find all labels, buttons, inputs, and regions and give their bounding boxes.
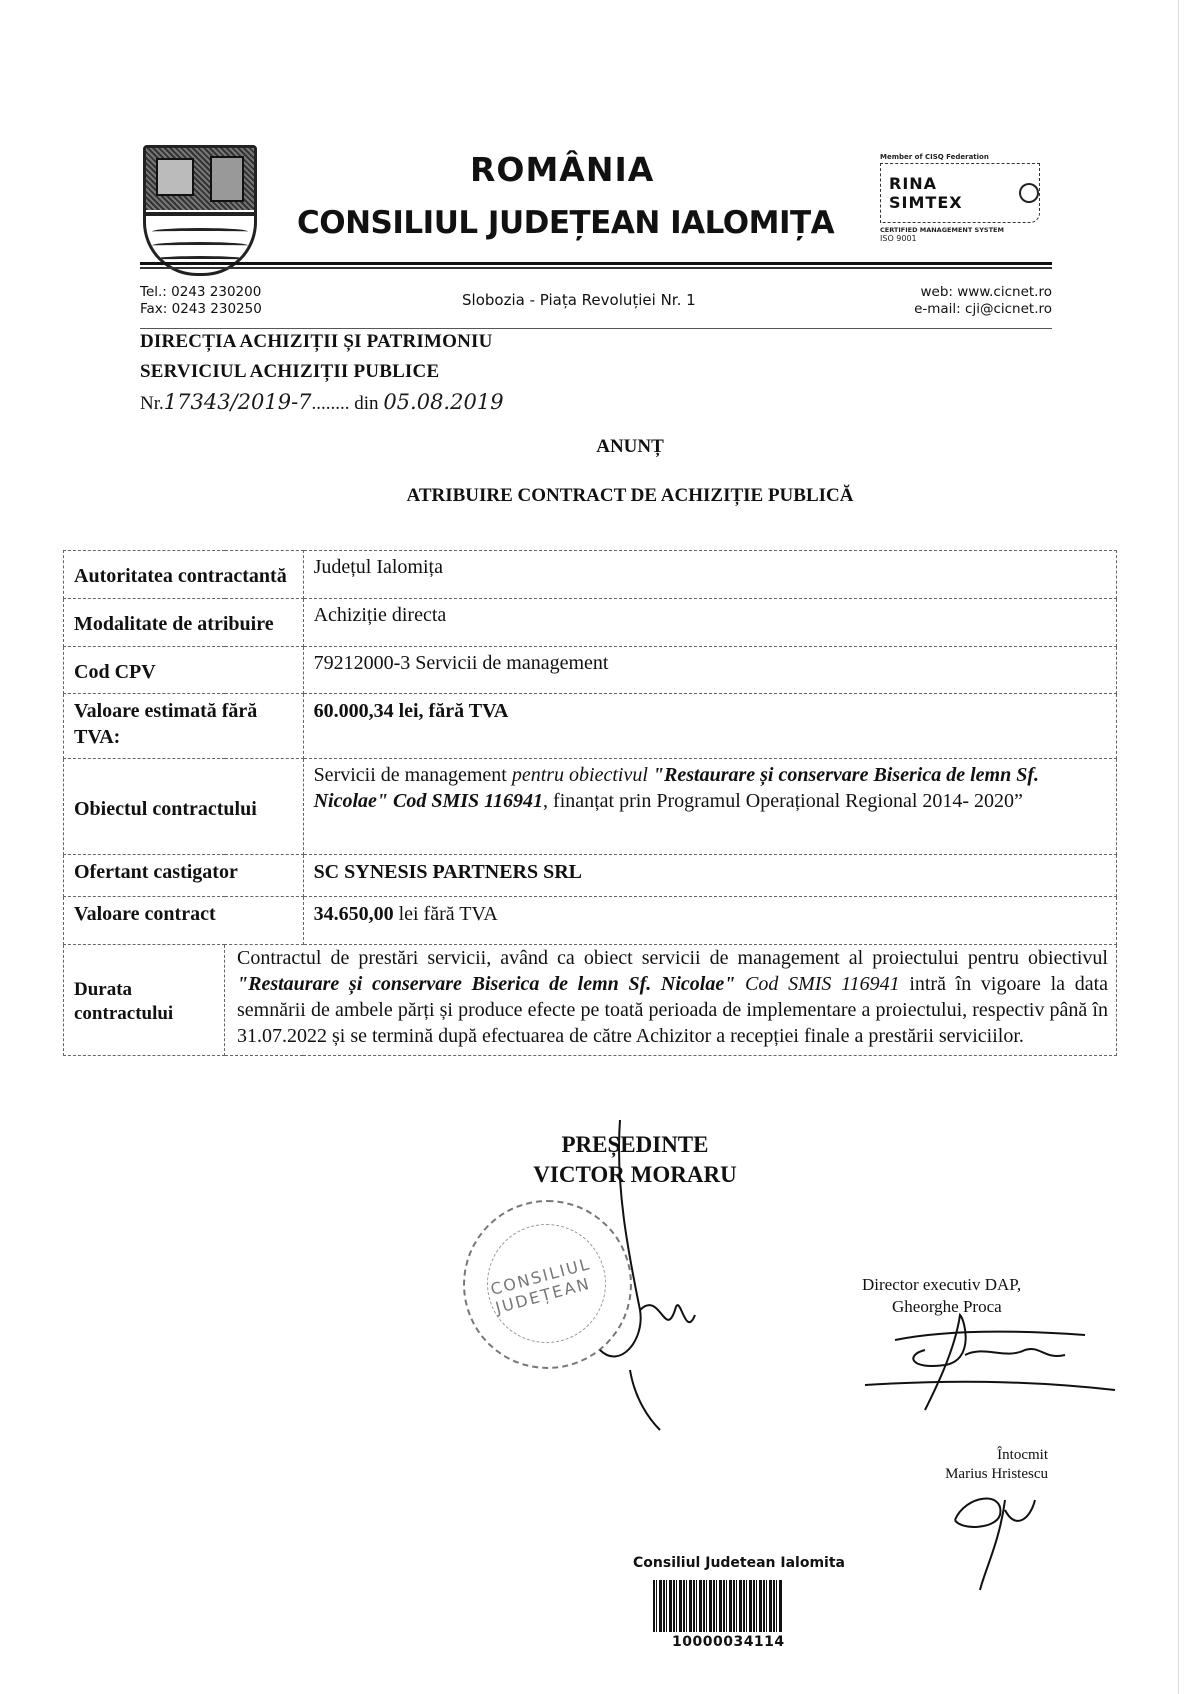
contract-value-amount: 34.650,00 <box>314 903 394 925</box>
certification-standard: ISO 9001 <box>880 234 1045 243</box>
registration-dots: ........ <box>312 393 350 414</box>
contact-email: e-mail: cji@cicnet.ro <box>880 301 1052 318</box>
table-row: Cod CPV 79212000-3 Servicii de managemen… <box>64 647 1117 694</box>
registry-label: Consiliul Judetean Ialomita <box>633 1555 845 1571</box>
row-value: Contractul de prestări servicii, având c… <box>225 945 1117 1056</box>
contact-web: web: www.cicnet.ro <box>880 284 1052 301</box>
registration-number-handwritten: 17343/2019-7 <box>164 390 312 414</box>
directorate-name: DIRECȚIA ACHIZIȚII ȘI PATRIMONIU <box>140 331 493 353</box>
certification-top-text: Member of CISQ Federation <box>880 153 1045 161</box>
president-signature <box>560 1110 720 1440</box>
table-row: Valoare estimată fără TVA: 60.000,34 lei… <box>64 694 1117 759</box>
estimated-value-amount: 60.000,34 <box>314 700 394 722</box>
certification-logo-icon <box>1019 183 1039 203</box>
certification-box: RINA SIMTEX <box>880 163 1040 223</box>
preparer-signature <box>945 1490 1045 1600</box>
contact-phone-block: Tel.: 0243 230200 Fax: 0243 230250 <box>140 284 262 318</box>
row-label: Valoare contract <box>64 897 304 945</box>
contact-web-block: web: www.cicnet.ro e-mail: cji@cicnet.ro <box>880 284 1052 318</box>
row-value: 60.000,34 lei, fără TVA <box>303 694 1116 759</box>
row-value: Județul Ialomița <box>303 551 1116 599</box>
row-label: Ofertant castigator <box>64 855 304 897</box>
contact-divider <box>140 328 1052 329</box>
certification-badge: Member of CISQ Federation RINA SIMTEX CE… <box>880 153 1045 243</box>
date-handwritten: 05.08.2019 <box>383 390 503 414</box>
contact-tel: Tel.: 0243 230200 <box>140 284 262 301</box>
estimated-value-suffix: lei, fără TVA <box>394 700 509 722</box>
table-row: Modalitate de atribuire Achiziție direct… <box>64 599 1117 647</box>
director-signature <box>865 1310 1115 1420</box>
duration-project-name: "Restaurare și conservare Biserica de le… <box>237 973 735 995</box>
prepared-name: Marius Hristescu <box>930 1465 1048 1484</box>
table-row: Autoritatea contractantă Județul Ialomiț… <box>64 551 1117 599</box>
header-divider <box>140 262 1052 269</box>
registry-barcode-number: 10000034114 <box>672 1634 785 1650</box>
contact-fax: Fax: 0243 230250 <box>140 301 262 318</box>
object-text: Servicii de management <box>314 764 512 786</box>
date-prefix: din <box>354 393 378 414</box>
announcement-title: ANUNȚ <box>0 436 1200 458</box>
announcement-subtitle: ATRIBUIRE CONTRACT DE ACHIZIȚIE PUBLICĂ <box>0 485 1200 507</box>
page-edge <box>1178 0 1179 1694</box>
table-row: Durata contractului Contractul de prestă… <box>64 945 1117 1056</box>
award-details-table: Autoritatea contractantă Județul Ialomiț… <box>63 550 1117 1056</box>
row-value: Achiziție directa <box>303 599 1116 647</box>
row-label: Durata contractului <box>64 945 225 1056</box>
contact-address: Slobozia - Piața Revoluției Nr. 1 <box>462 292 696 309</box>
row-label: Modalitate de atribuire <box>64 599 304 647</box>
contract-value-suffix: lei fără TVA <box>394 903 498 925</box>
header-institution: CONSILIUL JUDEȚEAN IALOMIȚA <box>297 205 834 241</box>
table-row: Obiectul contractului Servicii de manage… <box>64 759 1117 855</box>
table-row: Ofertant castigator SC SYNESIS PARTNERS … <box>64 855 1117 897</box>
winning-bidder: SC SYNESIS PARTNERS SRL <box>303 855 1116 897</box>
row-value: 34.650,00 lei fără TVA <box>303 897 1116 945</box>
duration-text: Contractul de prestări servicii, având c… <box>237 947 1108 969</box>
service-name: SERVICIUL ACHIZIȚII PUBLICE <box>140 361 439 383</box>
prepared-by-block: Întocmit Marius Hristescu <box>930 1446 1048 1484</box>
table-row: Valoare contract 34.650,00 lei fără TVA <box>64 897 1117 945</box>
director-title: Director executiv DAP, <box>862 1274 1021 1296</box>
row-label: Valoare estimată fără TVA: <box>64 694 304 759</box>
registration-prefix: Nr. <box>140 393 164 414</box>
object-text-italic: pentru obiectivul <box>512 764 653 786</box>
certification-bottom-text: CERTIFIED MANAGEMENT SYSTEM <box>880 226 1045 234</box>
certification-brand: RINA SIMTEX <box>889 174 1015 212</box>
duration-smis-code: Cod SMIS 116941 <box>735 973 899 995</box>
header-country: ROMÂNIA <box>470 150 654 189</box>
county-coat-of-arms <box>143 145 257 276</box>
row-label: Autoritatea contractantă <box>64 551 304 599</box>
row-value: Servicii de management pentru obiectivul… <box>303 759 1116 855</box>
row-label: Obiectul contractului <box>64 759 304 855</box>
registration-line: Nr.17343/2019-7........ din 05.08.2019 <box>140 390 504 415</box>
registry-barcode <box>653 1580 783 1632</box>
prepared-label: Întocmit <box>930 1446 1048 1465</box>
row-value: 79212000-3 Servicii de management <box>303 647 1116 694</box>
object-funding: , finanțat prin Programul Operațional Re… <box>543 790 1023 812</box>
row-label: Cod CPV <box>64 647 304 694</box>
